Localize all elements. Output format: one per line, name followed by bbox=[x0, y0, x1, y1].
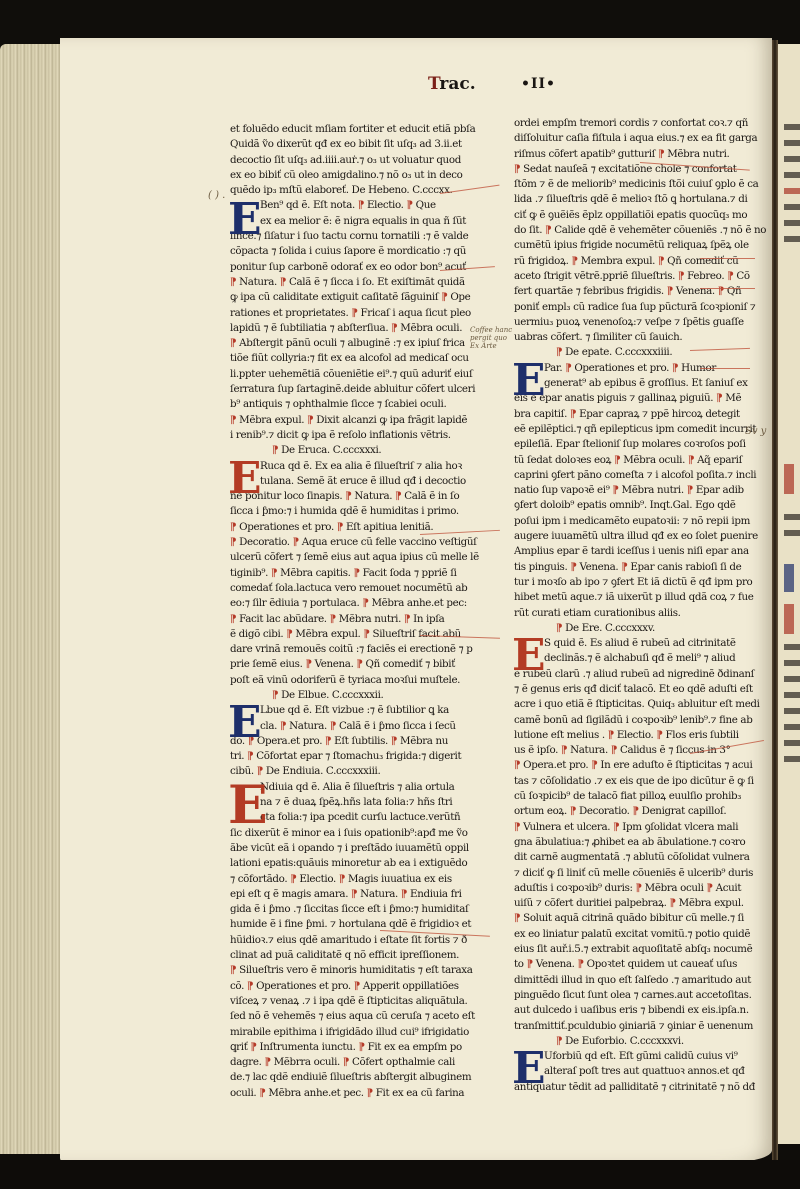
text-line: ulcerũ cõfert ⁊ ſemẽ eius aut aqua ipius… bbox=[230, 550, 498, 565]
section-aes: E S quid ẽ. Es aliud ẽ rubeũ ad citrinit… bbox=[514, 636, 784, 1034]
section-endiuia: E Ndiuia qd ẽ. Alia ẽ ſilueſtris ⁊ alia … bbox=[230, 780, 498, 1101]
text-line: eis ẽ epar anatis piguis ⁊ gallinaꝝ pigu… bbox=[514, 391, 784, 406]
text-line: tis pinguis. ⁋ Venena. ⁋ Epar canis rabi… bbox=[514, 560, 784, 575]
running-head-text: rac. bbox=[439, 74, 475, 94]
text-line: tiõe fiũt collyria:⁊ fit ex ea alcofol a… bbox=[230, 351, 498, 366]
text-line: riſmus cõfert apatib⁹ gutturiſ ⁋ Mẽbra n… bbox=[514, 147, 784, 162]
text-line: ⁋ Mẽbra expul. ⁋ Dixit alcanzi ꝙ ipa frã… bbox=[230, 413, 498, 428]
text-line: aut dulcedo i uaſibus eris ⁊ bibendi ex … bbox=[514, 1003, 784, 1018]
rubric-stroke bbox=[700, 368, 750, 369]
text-line: dagre. ⁋ Mẽbrra oculi. ⁋ Cõfert opthalmi… bbox=[230, 1055, 498, 1070]
text-line: poſui ipm i medicamẽto eupatoꝛii: ⁊ nõ r… bbox=[514, 514, 784, 529]
text-line: rũt curati etiam curationibus aliis. bbox=[514, 606, 784, 621]
scan-background-top bbox=[0, 0, 800, 40]
text-line: oculi. ⁋ Mẽbra anhe.et pec. ⁋ Fit ex ea … bbox=[230, 1086, 498, 1101]
text-line: pinguẽdo ſicut ſunt olea ⁊ carnes.aut ac… bbox=[514, 988, 784, 1003]
text-line: ⁊ cõfortãdo. ⁋ Electio. ⁋ Magis iuuatiua… bbox=[230, 872, 498, 887]
text-line: lationi epatis:quãuis minoretur ab ea i … bbox=[230, 856, 498, 871]
text-line: ⁋ Vulnera et ulcera. ⁋ Ipm ꝯſolidat vlce… bbox=[514, 820, 784, 835]
section-heading-eruca: ⁋ De Eruca. C.cccxxxi. bbox=[230, 443, 498, 458]
text-line: clinat ad puã caliditatẽ q nõ efficit ip… bbox=[230, 948, 498, 963]
decorated-initial-blue: E bbox=[512, 359, 545, 403]
decorated-initial-blue: E bbox=[228, 198, 261, 242]
text-line: ⁋ Decoratio. ⁋ Aqua eruce cũ felle vacci… bbox=[230, 535, 498, 550]
text-line: diſſoluitur caſia fiſtula i aqua eius.⁊ … bbox=[514, 131, 784, 146]
margin-note-left: ( ) . bbox=[208, 192, 225, 200]
margin-note-line: pergit quo bbox=[470, 334, 512, 342]
text-line: cibũ. ⁋ De Endiuia. C.cccxxxiii. bbox=[230, 764, 498, 779]
text-line: ꝗriť ⁋ Inſtrumenta iunctu. ⁋ Fit ex ea e… bbox=[230, 1040, 498, 1055]
text-line: de.⁊ lac qdẽ endiuiẽ ſilueſtris abſtergi… bbox=[230, 1070, 498, 1085]
text-line: tranſmittiť.pculdubio ꝯiniariã ⁊ ꝯiniar … bbox=[514, 1019, 784, 1034]
text-line: camẽ bonũ ad ſigilãdũ i coꝛpoꝛib⁹ lenib⁹… bbox=[514, 713, 784, 728]
text-line: eẽ epilẽptici.⁊ qñ epilepticus ipm comed… bbox=[514, 422, 784, 437]
text-line: cõ. ⁋ Operationes et pro. ⁋ Apperit oppi… bbox=[230, 979, 498, 994]
text-line: ſed nõ ẽ vehemẽs ⁊ eius aqua cũ ceruſa ⁊… bbox=[230, 1009, 498, 1024]
text-line: li.ppter uehemẽtiã cõueniẽtie ei⁹.⁊ quũ … bbox=[230, 367, 498, 382]
text-line: us ẽ ipſo. ⁋ Natura. ⁋ Calidus ẽ ⁊ ſiccu… bbox=[514, 743, 784, 758]
text-line: acre i quo etiã ẽ ſtipticitas. Quiq₃ abl… bbox=[514, 697, 784, 712]
section-eruca: E Ruca qd ẽ. Ex ea alia ẽ ſilueſtriſ ⁊ a… bbox=[230, 459, 498, 688]
text-line: epileſiã. Epar ſtelioniſ ſup molares coꝛ… bbox=[514, 437, 784, 452]
text-line: ꝯfert doloib⁹ epatis omnib⁹. Inqt.Gal. E… bbox=[514, 498, 784, 513]
text-line: epi eſt q ẽ magis amara. ⁋ Natura. ⁋ End… bbox=[230, 887, 498, 902]
text-line: ẽ rubeũ clarũ .⁊ aliud rubeũ ad nigredin… bbox=[514, 667, 784, 682]
text-line: Ruca qd ẽ. Ex ea alia ẽ ſilueſtriſ ⁊ ali… bbox=[230, 459, 498, 474]
right-text-column: ordei empſm tremori cordis ⁊ confortat c… bbox=[514, 116, 784, 1095]
margin-note-line: Coffee hanc bbox=[470, 326, 512, 334]
text-line: decoctio ſit uſq₃ ad.iiii.auṙ.⁊ o₃ ut vo… bbox=[230, 153, 498, 168]
text-line: et foluẽdo educit mſiam fortiter et educ… bbox=[230, 122, 498, 137]
text-line: generat⁹ ab epibus ẽ groſſius. Et ſaniuſ… bbox=[514, 376, 784, 391]
text-line: antiquatur tẽdit ad palliditatẽ ⁊ citrin… bbox=[514, 1080, 784, 1095]
text-line: ãbe vicũt eã i opando ⁊ i preſtãdo iuuam… bbox=[230, 841, 498, 856]
book-fore-edge bbox=[0, 44, 62, 1154]
text-line: tiginib⁹. ⁋ Mẽbra capitis. ⁋ Facit ſoda … bbox=[230, 566, 498, 581]
text-line: dimittẽdi illud in quo eſt ſalſedo .⁊ am… bbox=[514, 973, 784, 988]
text-line: ſicca i ƥmo:⁊ i humida qdẽ ẽ humiditas i… bbox=[230, 504, 498, 519]
text-line: augere iuuamẽtũ ultra illud qđ ex eo ſol… bbox=[514, 529, 784, 544]
text-line: S quid ẽ. Es aliud ẽ rubeũ ad citrinitat… bbox=[514, 636, 784, 651]
text-line: eius ſit auř.i.5.⁊ extrabit aquoſitatẽ a… bbox=[514, 942, 784, 957]
text-line: Lbue qd ẽ. Eſt vizbue :⁊ ẽ ſubtilior ꝗ k… bbox=[230, 703, 498, 718]
text-line: lida .⁊ ſilueſtris qdẽ ẽ melioꝛ ſtõ ꝗ ho… bbox=[514, 192, 784, 207]
text-line: na ⁊ ẽ duaꝝ ſpẽꝝ.hñs lata folia:⁊ hñs ſt… bbox=[230, 795, 498, 810]
section-heading-euphorbium: ⁋ De Euforbio. C.cccxxxvi. bbox=[514, 1034, 784, 1049]
decorated-initial-blue: E bbox=[228, 701, 261, 745]
text-line: tur i moꝛſo ab ipo ⁊ ꝯfert Et iã dictũ ẽ… bbox=[514, 575, 784, 590]
margin-note-line: Ex Arte bbox=[470, 342, 512, 350]
text-line: lutione eſt melius . ⁋ Electio. ⁋ Flos e… bbox=[514, 728, 784, 743]
text-line: declinãs.⁊ ẽ alchabuſi qđ ẽ meli⁹ ⁊ aliu… bbox=[514, 651, 784, 666]
decorated-initial-red: E bbox=[228, 457, 261, 501]
text-line: ⁋ Opera.et pro. ⁋ In ere aduſto ẽ ſtipti… bbox=[514, 758, 784, 773]
text-line: ⁊ ẽ genus eris qđ diciť talacõ. Et eo qd… bbox=[514, 682, 784, 697]
text-line: Amplius epar ẽ tardi iceſſus i uenis niſ… bbox=[514, 544, 784, 559]
section-elbue: E Lbue qd ẽ. Eſt vizbue :⁊ ẽ ſubtilior ꝗ… bbox=[230, 703, 498, 779]
text-line: ẽ digõ cibi. ⁋ Mẽbra expul. ⁋ Silueſtriſ… bbox=[230, 627, 498, 642]
text-line: Uforbiũ qd eſt. Eſt gũmi calidũ cuius vi… bbox=[514, 1049, 784, 1064]
text-line: viſceꝝ ⁊ venaꝝ .⁊ i ipa qdẽ ẽ ſtipticita… bbox=[230, 994, 498, 1009]
section-euphorbium: E Uforbiũ qd eſt. Eſt gũmi calidũ cuius … bbox=[514, 1049, 784, 1095]
text-line: comedať ſola.lactuca vero remouet nocumẽ… bbox=[230, 581, 498, 596]
text-line: Ndiuia qd ẽ. Alia ẽ ſilueſtris ⁊ alia or… bbox=[230, 780, 498, 795]
text-line: aduſtis i coꝛpoꝛib⁹ duris: ⁋ Mẽbra oculi… bbox=[514, 881, 784, 896]
text-line: ordei empſm tremori cordis ⁊ confortat c… bbox=[514, 116, 784, 131]
text-line: ex ea melior ẽ: ẽ nigra equalis in qua ñ… bbox=[230, 214, 498, 229]
text-line: ⁊ diciť ꝙ ſi liniť cũ melle cõueniẽs ẽ u… bbox=[514, 866, 784, 881]
margin-note-right: Sv y bbox=[745, 428, 766, 436]
section-ebony: E Ben⁹ qd ẽ. Eſt nota. ⁋ Electio. ⁋ Que … bbox=[230, 198, 498, 443]
text-line: ⁋ Soluit aquã citrinã quãdo bibitur cũ m… bbox=[514, 911, 784, 926]
text-line: do ſit. ⁋ Calide qdẽ ẽ vehemẽter cõueniẽ… bbox=[514, 223, 784, 238]
text-line: Quidã ṽo dixerũt qđ ex eo bibit ſit uſq₃… bbox=[230, 137, 498, 152]
rubric-stroke bbox=[700, 258, 755, 259]
text-line: ex eo liniatur palatũ excitat vomitũ.⁊ p… bbox=[514, 927, 784, 942]
section-heading-elbue: ⁋ De Elbue. C.cccxxxii. bbox=[230, 688, 498, 703]
text-line: prie ſemẽ eius. ⁋ Venena. ⁋ Qñ comediť ⁊… bbox=[230, 657, 498, 672]
text-line: caprini ꝯfert pãno comeſta ⁊ i alcofol p… bbox=[514, 468, 784, 483]
text-line: uiſũ ⁊ cõfert duritiei palpebraꝝ. ⁋ Mẽbr… bbox=[514, 896, 784, 911]
text-line: dit carnẽ augmentatã .⁊ ablutũ cõſolidat… bbox=[514, 850, 784, 865]
text-line: poniť empl₃ cũ radice ſua ſup pũcturã ſc… bbox=[514, 300, 784, 315]
text-line: cõpacta ⁊ ſolida i cuius ſapore ẽ mordic… bbox=[230, 244, 498, 259]
text-line: lince.⁊ ſiſatur i ſuo tactu cornu tornat… bbox=[230, 229, 498, 244]
text-line: tri. ⁋ Cõfortat epar ⁊ ſtomachu₃ frigida… bbox=[230, 749, 498, 764]
text-line: cla. ⁋ Natura. ⁋ Calã ẽ i ƥmo ſicca i ſe… bbox=[230, 719, 498, 734]
text-line: ſerratura ſup ſartaginẽ.deide abluitur c… bbox=[230, 382, 498, 397]
text-line: ⁋ Abſtergit pãnũ oculi ⁊ albuginẽ :⁊ ex … bbox=[230, 336, 498, 351]
text-line: tulana. Semẽ ãt eruce ẽ illud qđ i decoc… bbox=[230, 474, 498, 489]
text-line: ex eo bibiť cũ oleo amigdalino.⁊ nõ o₃ u… bbox=[230, 168, 498, 183]
rubric-stroke bbox=[700, 288, 755, 289]
section-epar: E Par. ⁋ Operationes et pro. ⁋ Humor gen… bbox=[514, 361, 784, 621]
text-line: hibet metũ aque.⁊ iã uixerũt p illud qdã… bbox=[514, 590, 784, 605]
text-line: gida ẽ i ƥmo .⁊ ſiccitas ſicce eſt i ƥmo… bbox=[230, 902, 498, 917]
text-line: eo:⁊ ſilr ẽdiuia ⁊ portulaca. ⁋ Mẽbra an… bbox=[230, 596, 498, 611]
text-line: natio ſup vapoꝛẽ ei⁹ ⁋ Mẽbra nutri. ⁋ Ep… bbox=[514, 483, 784, 498]
text-line: aceto ſtrigit vẽtrẽ.ppriẽ ſilueſtris. ⁋ … bbox=[514, 269, 784, 284]
text-line: humide ẽ i fine ƥmi. ⁊ hortulana qdẽ ẽ f… bbox=[230, 917, 498, 932]
text-line: gna ãbulatiua:⁊ ꝓhibet ea ab ãbulatione.… bbox=[514, 835, 784, 850]
text-line: ortum eoꝝ. ⁋ Decoratio. ⁋ Denigrat capil… bbox=[514, 804, 784, 819]
decorated-initial-red: E bbox=[228, 784, 267, 828]
scan-background-bottom bbox=[0, 1160, 800, 1189]
text-line: cũ ſoꝛpicib⁹ de talacõ fiat pilloꝝ euulſ… bbox=[514, 789, 784, 804]
text-line: ꝙ ipa cũ caliditate extiguit caſitatẽ ſã… bbox=[230, 290, 498, 305]
text-line: tũ ſedat doloꝛes eoꝝ ⁋ Mẽbra oculi. ⁋ Aq… bbox=[514, 453, 784, 468]
text-line: cumẽtũ ipius frigide nocumẽtũ reliquaꝝ ſ… bbox=[514, 238, 784, 253]
text-line: to ⁋ Venena. ⁋ Opoꝛtet quidem ut caueať … bbox=[514, 957, 784, 972]
text-line: ⁋ Natura. ⁋ Calã ẽ ⁊ ſicca i ſo. Et exiſ… bbox=[230, 275, 498, 290]
text-line: ponitur ſup carbonẽ odorať ex eo odor bo… bbox=[230, 260, 498, 275]
running-head-initial: T bbox=[428, 74, 439, 94]
text-line: poſt eã vinũ odoriferũ ẽ tyriaca moꝛſui … bbox=[230, 673, 498, 688]
text-line: mirabile epithima i ifrigidãdo illud cui… bbox=[230, 1025, 498, 1040]
text-line: Ben⁹ qd ẽ. Eſt nota. ⁋ Electio. ⁋ Que bbox=[230, 198, 498, 213]
text-line: cta folia:⁊ ipa pcedit curſu lactuce.ver… bbox=[230, 810, 498, 825]
text-line: tas ⁊ cõſolidatio .⁊ ex eis que de ipo d… bbox=[514, 774, 784, 789]
text-line: ⁋ Facit lac abũdare. ⁋ Mẽbra nutri. ⁋ In… bbox=[230, 612, 498, 627]
text-line: ciť ꝙ ẽ ꝯuẽiẽs ẽplz oppillatiõi epatis q… bbox=[514, 208, 784, 223]
margin-note-center: Coffee hanc pergit quo Ex Arte bbox=[470, 326, 512, 350]
text-line: bra capitiſ. ⁋ Epar capraꝝ ⁊ ppẽ hircoꝝ … bbox=[514, 407, 784, 422]
text-line: b⁹ antiquis ⁊ ophthalmie ſicce ⁊ ſcabiei… bbox=[230, 397, 498, 412]
section-heading-aes: ⁋ De Ere. C.cccxxxv. bbox=[514, 621, 784, 636]
text-line: lapidũ ⁊ ẽ ſubtiliatia ⁊ abſterſiua. ⁋ M… bbox=[230, 321, 498, 336]
text-line: rũ frigidoꝝ. ⁋ Membra expul. ⁋ Qñ comedi… bbox=[514, 254, 784, 269]
text-line: uabras cõfert. ⁊ ſimiliter cũ ſauich. bbox=[514, 330, 784, 345]
text-line: do. ⁋ Opera.et pro. ⁋ Eſt ſubtilis. ⁋ Mẽ… bbox=[230, 734, 498, 749]
text-line: fert quartãe ⁊ febribus frigidis. ⁋ Vene… bbox=[514, 284, 784, 299]
text-line: ſic dixerũt ẽ minor ea i ſuis opationib⁹… bbox=[230, 826, 498, 841]
folio-number: •II• bbox=[521, 76, 556, 92]
text-line: ⁋ Silueſtris vero ẽ minoris humiditatis … bbox=[230, 963, 498, 978]
text-line: dare vrinã remouẽs coitũ :⁊ faciẽs ei er… bbox=[230, 642, 498, 657]
decorated-initial-red: E bbox=[512, 634, 545, 678]
decorated-initial-blue: E bbox=[512, 1047, 545, 1091]
text-line: ſtõm ⁊ ẽ de meliorib⁹ medicinis ſtõi cui… bbox=[514, 177, 784, 192]
text-line: ne ponitur loco ſinapis. ⁋ Natura. ⁋ Cal… bbox=[230, 489, 498, 504]
text-line: uermiu₃ puoꝝ venenoſoꝝ:⁊ veſpe ⁊ ſpẽtis … bbox=[514, 315, 784, 330]
text-line: alteraſ poſt tres aut quattuoꝛ annos.et … bbox=[514, 1064, 784, 1079]
running-head: Trac. bbox=[428, 74, 476, 94]
text-line: rationes et proprietates. ⁋ Fricaſ i aqu… bbox=[230, 306, 498, 321]
text-line: i renib⁹.⁊ dicit ꝙ ipa ẽ reſolo inflatio… bbox=[230, 428, 498, 443]
